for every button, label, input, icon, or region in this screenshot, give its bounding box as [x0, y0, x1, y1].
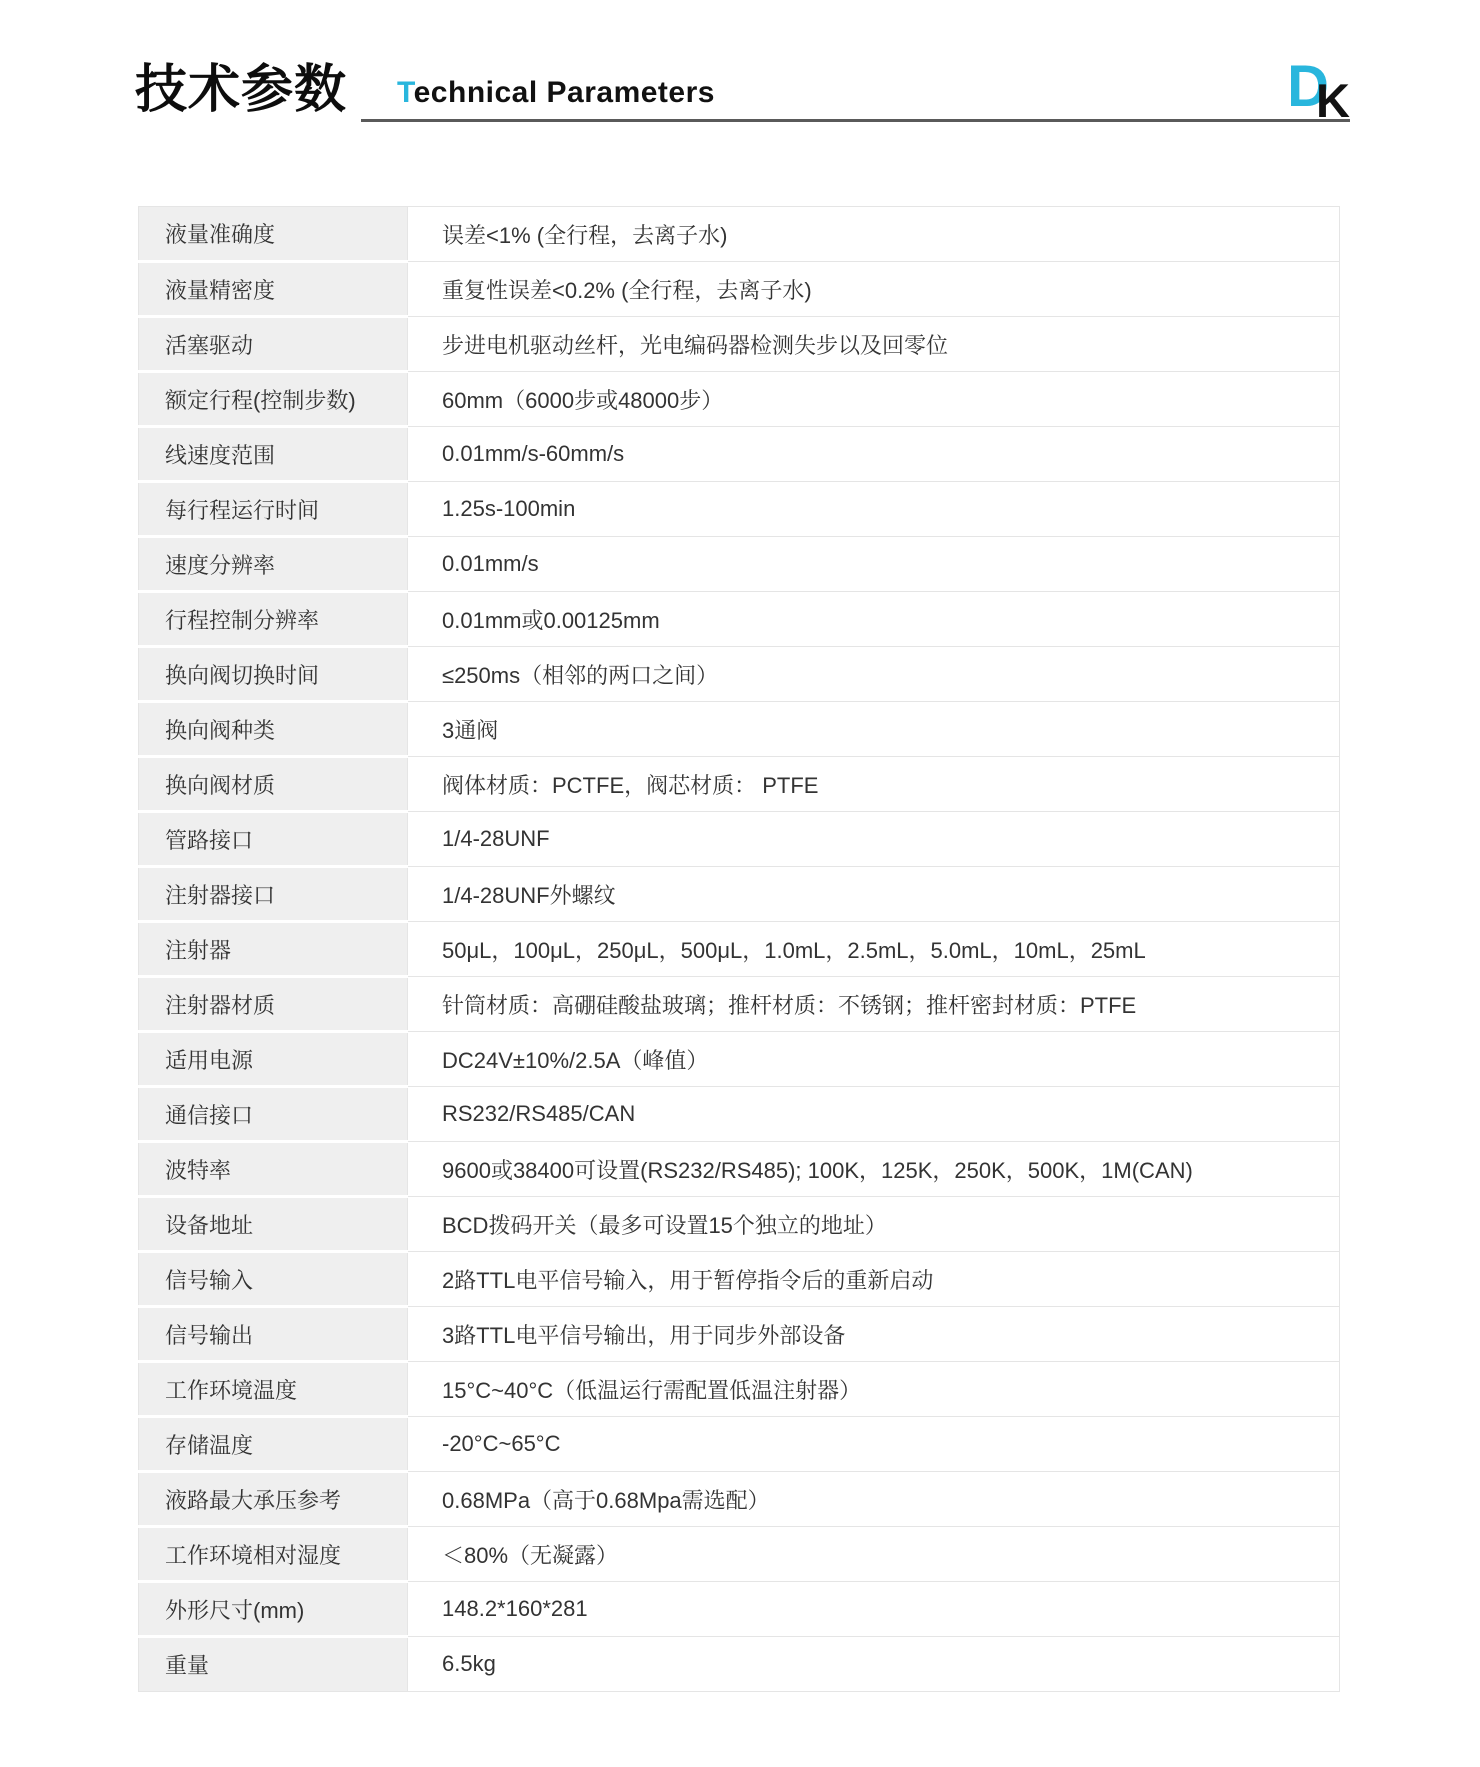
param-value: -20°C~65°C [408, 1417, 1340, 1472]
param-label: 速度分辨率 [139, 537, 408, 592]
table-row: 液量准确度误差<1% (全行程，去离子水) [139, 207, 1340, 262]
param-value: 阀体材质：PCTFE，阀芯材质： PTFE [408, 757, 1340, 812]
table-row: 液量精密度重复性误差<0.2% (全行程，去离子水) [139, 262, 1340, 317]
param-label: 液量精密度 [139, 262, 408, 317]
param-value: RS232/RS485/CAN [408, 1087, 1340, 1142]
table-row: 注射器接口1/4-28UNF外螺纹 [139, 867, 1340, 922]
param-value: 148.2*160*281 [408, 1582, 1340, 1637]
table-row: 重量6.5kg [139, 1637, 1340, 1692]
param-value: 0.68MPa（高于0.68Mpa需选配） [408, 1472, 1340, 1527]
param-value: 步进电机驱动丝杆，光电编码器检测失步以及回零位 [408, 317, 1340, 372]
param-value: BCD拨码开关（最多可设置15个独立的地址） [408, 1197, 1340, 1252]
param-value: 针筒材质：高硼硅酸盐玻璃；推杆材质：不锈钢；推杆密封材质：PTFE [408, 977, 1340, 1032]
param-label: 管路接口 [139, 812, 408, 867]
param-value: ＜80%（无凝露） [408, 1527, 1340, 1582]
param-label: 液路最大承压参考 [139, 1472, 408, 1527]
page-subtitle: Technical Parameters [397, 76, 715, 119]
param-label: 适用电源 [139, 1032, 408, 1087]
param-label: 通信接口 [139, 1087, 408, 1142]
table-row: 线速度范围0.01mm/s-60mm/s [139, 427, 1340, 482]
table-row: 行程控制分辨率0.01mm或0.00125mm [139, 592, 1340, 647]
param-value: 3通阀 [408, 702, 1340, 757]
param-label: 设备地址 [139, 1197, 408, 1252]
param-label: 线速度范围 [139, 427, 408, 482]
spec-table: 液量准确度误差<1% (全行程，去离子水)液量精密度重复性误差<0.2% (全行… [138, 206, 1340, 1692]
subtitle-accent-letter: T [397, 76, 414, 109]
param-value: 2路TTL电平信号输入，用于暂停指令后的重新启动 [408, 1252, 1340, 1307]
table-row: 波特率9600或38400可设置(RS232/RS485); 100K，125K… [139, 1142, 1340, 1197]
table-row: 外形尺寸(mm)148.2*160*281 [139, 1582, 1340, 1637]
param-value: 3路TTL电平信号输出，用于同步外部设备 [408, 1307, 1340, 1362]
table-row: 注射器50μL，100μL，250μL，500μL，1.0mL，2.5mL，5.… [139, 922, 1340, 977]
param-label: 换向阀材质 [139, 757, 408, 812]
table-row: 工作环境温度15°C~40°C（低温运行需配置低温注射器） [139, 1362, 1340, 1417]
param-value: 0.01mm/s [408, 537, 1340, 592]
param-label: 工作环境相对湿度 [139, 1527, 408, 1582]
param-label: 工作环境温度 [139, 1362, 408, 1417]
table-row: 通信接口RS232/RS485/CAN [139, 1087, 1340, 1142]
param-label: 注射器接口 [139, 867, 408, 922]
param-label: 信号输入 [139, 1252, 408, 1307]
param-label: 每行程运行时间 [139, 482, 408, 537]
table-row: 信号输出3路TTL电平信号输出，用于同步外部设备 [139, 1307, 1340, 1362]
table-row: 适用电源DC24V±10%/2.5A（峰值） [139, 1032, 1340, 1087]
param-label: 注射器材质 [139, 977, 408, 1032]
table-row: 存储温度-20°C~65°C [139, 1417, 1340, 1472]
spec-table-body: 液量准确度误差<1% (全行程，去离子水)液量精密度重复性误差<0.2% (全行… [139, 207, 1340, 1692]
header: 技术参数 Technical Parameters D K [135, 52, 1350, 122]
param-value: 1/4-28UNF [408, 812, 1340, 867]
param-label: 外形尺寸(mm) [139, 1582, 408, 1637]
param-label: 活塞驱动 [139, 317, 408, 372]
param-label: 信号输出 [139, 1307, 408, 1362]
page: 技术参数 Technical Parameters D K 液量准确度误差<1%… [0, 0, 1480, 1767]
param-label: 注射器 [139, 922, 408, 977]
param-value: 6.5kg [408, 1637, 1340, 1692]
param-value: 1/4-28UNF外螺纹 [408, 867, 1340, 922]
table-row: 换向阀材质阀体材质：PCTFE，阀芯材质： PTFE [139, 757, 1340, 812]
table-row: 注射器材质针筒材质：高硼硅酸盐玻璃；推杆材质：不锈钢；推杆密封材质：PTFE [139, 977, 1340, 1032]
param-value: 0.01mm或0.00125mm [408, 592, 1340, 647]
table-row: 活塞驱动步进电机驱动丝杆，光电编码器检测失步以及回零位 [139, 317, 1340, 372]
param-value: 15°C~40°C（低温运行需配置低温注射器） [408, 1362, 1340, 1417]
table-row: 液路最大承压参考0.68MPa（高于0.68Mpa需选配） [139, 1472, 1340, 1527]
table-row: 信号输入2路TTL电平信号输入，用于暂停指令后的重新启动 [139, 1252, 1340, 1307]
param-value: 0.01mm/s-60mm/s [408, 427, 1340, 482]
table-row: 每行程运行时间1.25s-100min [139, 482, 1340, 537]
page-title: 技术参数 [135, 64, 347, 116]
param-label: 行程控制分辨率 [139, 592, 408, 647]
param-value: 60mm（6000步或48000步） [408, 372, 1340, 427]
param-label: 重量 [139, 1637, 408, 1692]
param-label: 存储温度 [139, 1417, 408, 1472]
param-value: 50μL，100μL，250μL，500μL，1.0mL，2.5mL，5.0mL… [408, 922, 1340, 977]
brand-logo: D K [1287, 65, 1350, 119]
param-label: 液量准确度 [139, 207, 408, 262]
param-label: 波特率 [139, 1142, 408, 1197]
param-value: 1.25s-100min [408, 482, 1340, 537]
table-row: 设备地址BCD拨码开关（最多可设置15个独立的地址） [139, 1197, 1340, 1252]
table-row: 额定行程(控制步数)60mm（6000步或48000步） [139, 372, 1340, 427]
subtitle-text: echnical Parameters [414, 76, 715, 109]
logo-letter-k: K [1316, 83, 1350, 119]
param-label: 换向阀切换时间 [139, 647, 408, 702]
table-row: 管路接口1/4-28UNF [139, 812, 1340, 867]
param-value: 重复性误差<0.2% (全行程，去离子水) [408, 262, 1340, 317]
table-row: 工作环境相对湿度＜80%（无凝露） [139, 1527, 1340, 1582]
param-label: 换向阀种类 [139, 702, 408, 757]
param-value: DC24V±10%/2.5A（峰值） [408, 1032, 1340, 1087]
param-value: ≤250ms（相邻的两口之间） [408, 647, 1340, 702]
param-value: 9600或38400可设置(RS232/RS485); 100K，125K，25… [408, 1142, 1340, 1197]
param-value: 误差<1% (全行程，去离子水) [408, 207, 1340, 262]
header-underline: Technical Parameters D K [361, 52, 1350, 122]
table-row: 换向阀种类3通阀 [139, 702, 1340, 757]
table-row: 换向阀切换时间≤250ms（相邻的两口之间） [139, 647, 1340, 702]
table-row: 速度分辨率0.01mm/s [139, 537, 1340, 592]
param-label: 额定行程(控制步数) [139, 372, 408, 427]
